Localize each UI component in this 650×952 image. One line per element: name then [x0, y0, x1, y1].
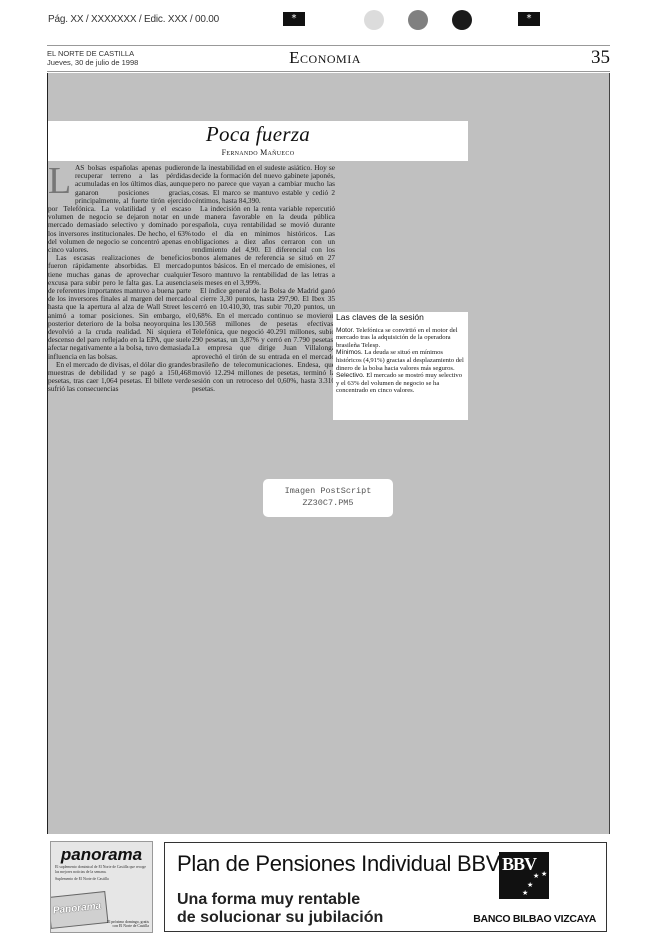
sidebar-item: Mínimos. La deuda se situó en mínimos hi…: [336, 349, 465, 372]
article-title: Poca fuerza: [48, 122, 468, 147]
paragraph: Las escasas realizaciones de beneficios …: [48, 254, 191, 361]
postscript-image-placeholder: Imagen PostScript ZZ30C7.PM5: [263, 479, 393, 517]
bank-name: BANCO BILBAO VIZCAYA: [473, 913, 596, 925]
headline-box: Poca fuerza Fernando Mañueco: [48, 121, 468, 161]
header-bottom-rule: [47, 71, 610, 72]
section-title: Economia: [0, 48, 650, 68]
star-icon: ★: [527, 881, 533, 889]
paragraph: LAS bolsas españolas apenas pudieron rec…: [48, 164, 191, 254]
bbv-logo-icon: BBV ★ ★ ★ ★: [499, 852, 549, 899]
drop-cap: L: [48, 165, 72, 197]
color-swatch-mid: [408, 10, 428, 30]
panorama-logo: panorama: [51, 845, 152, 865]
paragraph: La indecisión en la renta variable reper…: [192, 205, 335, 287]
ad-tagline-1: Una forma muy rentable: [177, 891, 360, 909]
key-points-sidebar: Las claves de la sesión Motor. Telefónic…: [333, 312, 468, 420]
star-icon: ★: [541, 870, 547, 878]
panorama-subline: Suplemento de El Norte de Castilla: [51, 877, 152, 882]
placeholder-label: Imagen PostScript: [263, 485, 393, 497]
article-byline: Fernando Mañueco: [48, 148, 468, 157]
paragraph: El índice general de la Bolsa de Madrid …: [192, 287, 335, 394]
sidebar-title: Las claves de la sesión: [336, 314, 465, 322]
color-swatch-dark: [452, 10, 472, 30]
paragraph: En el mercado de divisas, el dólar dio g…: [48, 361, 191, 394]
panorama-ad: panorama El suplemento dominical de El N…: [50, 841, 153, 933]
sidebar-item: Motor. Telefónica se convirtió en el mot…: [336, 327, 465, 350]
registration-mark-left-icon: *: [283, 12, 305, 26]
article-column-2: de la inestabilidad en el sudeste asiáti…: [192, 164, 335, 394]
color-swatch-light: [364, 10, 384, 30]
ad-tagline-2: de solucionar su jubilación: [177, 909, 383, 927]
paragraph: de la inestabilidad en el sudeste asiáti…: [192, 164, 335, 205]
magazine-cover-image: Panorama: [50, 891, 109, 929]
ad-headline: Plan de Pensiones Individual BBV: [177, 851, 500, 877]
star-icon: ★: [533, 872, 539, 880]
page-number: 35: [591, 47, 610, 69]
placeholder-filename: ZZ30C7.PM5: [263, 497, 393, 509]
article-column-1: LAS bolsas españolas apenas pudieron rec…: [48, 164, 191, 394]
page-slug: Pág. XX / XXXXXXX / Edic. XXX / 00.00: [48, 14, 219, 25]
sidebar-item: Selectivo. El mercado se mostró muy sele…: [336, 372, 465, 395]
header-top-rule: [47, 45, 610, 46]
bbv-pension-ad: Plan de Pensiones Individual BBV Una for…: [164, 842, 607, 932]
registration-mark-right-icon: *: [518, 12, 540, 26]
panorama-blurb: El suplemento dominical de El Norte de C…: [51, 865, 152, 874]
panorama-footer: El próximo domingo, gratis con El Norte …: [105, 920, 149, 929]
star-icon: ★: [522, 889, 528, 897]
